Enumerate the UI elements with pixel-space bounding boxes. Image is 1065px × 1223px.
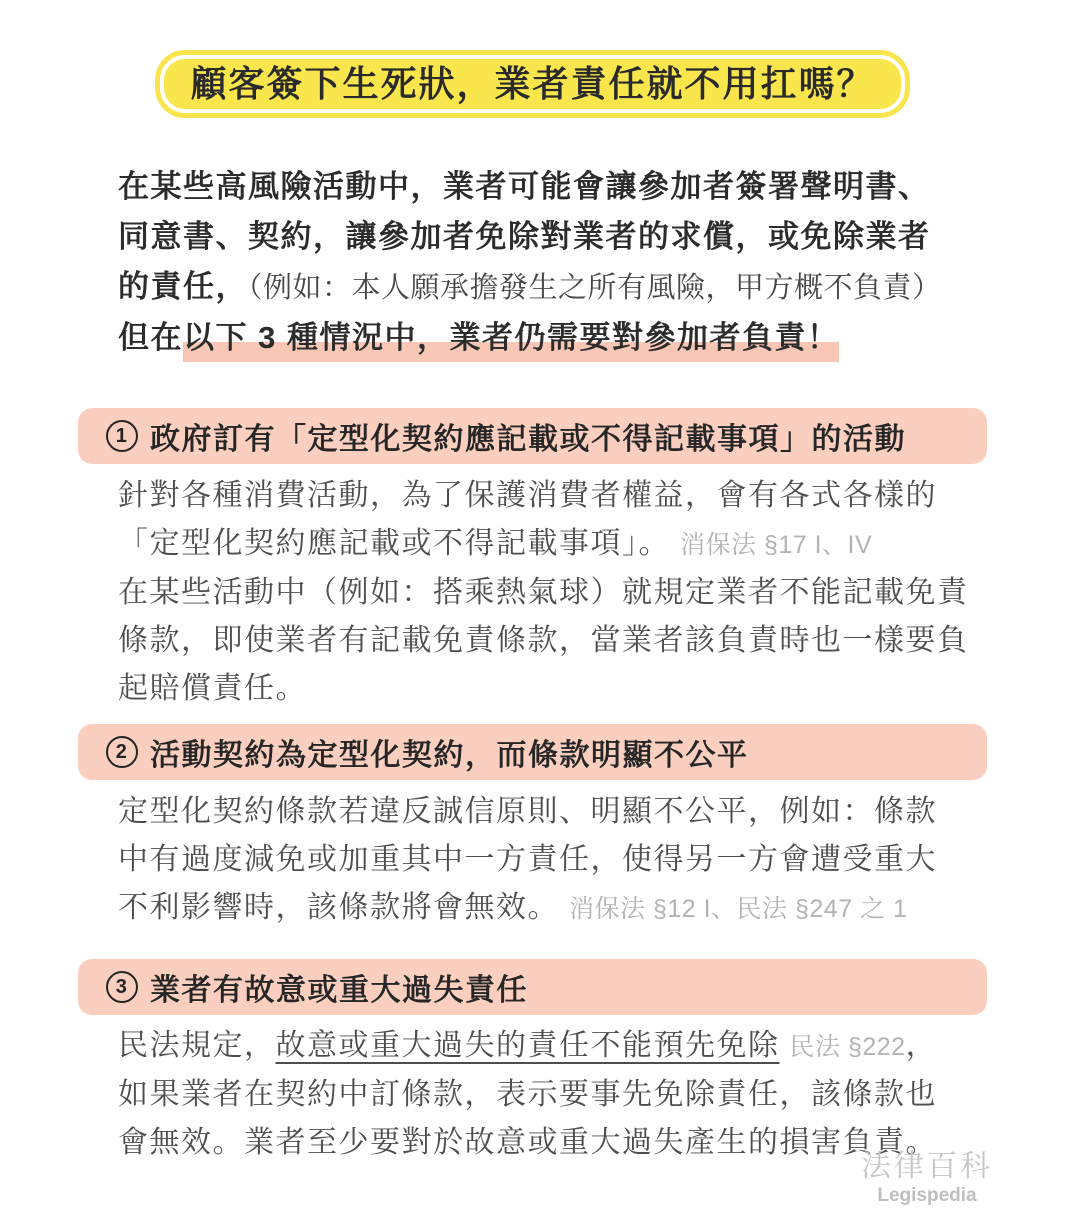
section-2-header: 2 活動契約為定型化契約，而條款明顯不公平 [78,724,987,780]
circled-number-2: 2 [106,736,138,768]
intro-highlighted-statement: 以下 3 種情況中，業者仍需要對參加者負責！ [183,320,839,362]
page-title: 顧客簽下生死狀，業者責任就不用扛嗎？ [160,55,904,113]
section-1-line-3: 在某些活動中（例如：搭乘熱氣球）就規定業者不能記載免責 [118,576,969,609]
section-3-line-1-start: 民法規定， [118,1029,276,1062]
section-3-header: 3 業者有故意或重大過失責任 [78,959,987,1015]
section-3-citation: 民法 §222 [790,1033,906,1061]
logo-english-text: Legispedia [861,1184,993,1208]
section-1-line-2: 「定型化契約應記載或不得記載事項」。 [118,527,670,560]
title-pill: 顧客簽下生死狀，業者責任就不用扛嗎？ [155,50,909,118]
intro-paragraph: 在某些高風險活動中，業者可能會讓參加者簽署聲明書、 同意書、契約，讓參加者免除對… [118,162,978,363]
section-1-line-4: 條款，即使業者有記載免責條款，當業者該負責時也一樣要負 [118,624,969,657]
legispedia-logo: 法律百科 Legispedia [861,1150,993,1208]
section-2-line-2: 中有過度減免或加重其中一方責任，使得另一方會遭受重大 [118,843,937,876]
section-3-heading: 業者有故意或重大過失責任 [150,965,528,1009]
section-2-body: 定型化契約條款若違反誠信原則、明顯不公平，例如：條款 中有過度減免或加重其中一方… [118,788,978,933]
section-3-line-3: 會無效。業者至少要對於故意或重大過失產生的損害負責。 [118,1126,937,1159]
section-1-heading: 政府訂有「定型化契約應記載或不得記載事項」的活動 [150,414,906,458]
section-2-line-1: 定型化契約條款若違反誠信原則、明顯不公平，例如：條款 [118,795,937,828]
section-1-header: 1 政府訂有「定型化契約應記載或不得記載事項」的活動 [78,408,987,464]
intro-line-4-prefix: 但在 [118,320,183,355]
section-3-underlined-phrase: 故意或重大過失的責任不能預先免除 [276,1029,780,1062]
intro-line-2: 同意書、契約，讓參加者免除對業者的求償，或免除業者 [118,219,931,254]
circled-number-3: 3 [106,971,138,1003]
section-1-citation: 消保法 §17 I、IV [680,531,872,559]
section-2-heading: 活動契約為定型化契約，而條款明顯不公平 [150,730,749,774]
logo-chinese-text: 法律百科 [861,1150,993,1184]
section-3-line-2: 如果業者在契約中訂條款，表示要事先免除責任，該條款也 [118,1078,937,1111]
section-1-body: 針對各種消費活動，為了保護消費者權益，會有各式各樣的 「定型化契約應記載或不得記… [118,472,978,713]
intro-line-3-bold: 的責任， [118,269,248,304]
section-3-body: 民法規定，故意或重大過失的責任不能預先免除民法 §222， 如果業者在契約中訂條… [118,1022,978,1167]
title-banner: 顧客簽下生死狀，業者責任就不用扛嗎？ [0,50,1065,118]
intro-example-note: （例如：本人願承擔發生之所有風險，甲方概不負責） [248,272,942,304]
section-1-line-5: 起賠償責任。 [118,672,307,705]
intro-line-1: 在某些高風險活動中，業者可能會讓參加者簽署聲明書、 [118,169,931,204]
section-2-line-3: 不利影響時，該條款將會無效。 [118,891,559,924]
section-2-citation: 消保法 §12 I、民法 §247 之 1 [569,895,907,923]
section-3-line-1-end: ， [906,1029,938,1062]
section-1-line-1: 針對各種消費活動，為了保護消費者權益，會有各式各樣的 [118,479,937,512]
circled-number-1: 1 [106,420,138,452]
